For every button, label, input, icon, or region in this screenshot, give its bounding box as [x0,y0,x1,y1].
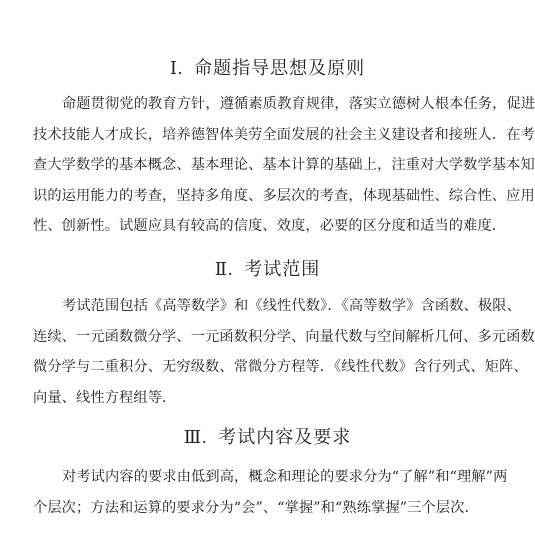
paragraph-line: 向量、线性方程组等． [33,383,501,414]
section-3-number: Ⅲ. [184,427,208,447]
section-1-heading: Ⅰ. 命题指导思想及原则 [0,54,535,80]
section-3-paragraph: 对考试内容的要求由低到高，概念和理论的要求分为“了解”和“理解”两 个层次；方法… [33,462,501,523]
paragraph-line: 命题贯彻党的教育方针，遵循素质教育规律，落实立德树人根本任务，促进 [33,89,501,120]
paragraph-line: 考试范围包括《高等数学》和《线性代数》．《高等数学》含函数、极限、 [33,291,501,322]
paragraph-line: 查大学数学的基本概念、基本理论、基本计算的基础上，注重对大学数学基本知 [33,150,501,181]
section-2-title: 考试范围 [244,259,320,280]
section-2-paragraph: 考试范围包括《高等数学》和《线性代数》．《高等数学》含函数、极限、 连续、一元函… [33,291,501,413]
paragraph-line: 对考试内容的要求由低到高，概念和理论的要求分为“了解”和“理解”两 [33,462,501,493]
section-1-title: 命题指导思想及原则 [194,58,365,79]
section-1-paragraph: 命题贯彻党的教育方针，遵循素质教育规律，落实立德树人根本任务，促进 技术技能人才… [33,89,501,242]
section-3-title: 考试内容及要求 [218,427,351,448]
paragraph-line: 识的运用能力的考查，坚持多角度、多层次的考查，体现基础性、综合性、应用 [33,181,501,212]
section-3-heading: Ⅲ. 考试内容及要求 [0,423,535,449]
section-2-number: Ⅱ. [215,259,234,279]
section-2-heading: Ⅱ. 考试范围 [0,255,535,281]
section-1-number: Ⅰ. [170,58,184,78]
document-page: Ⅰ. 命题指导思想及原则 命题贯彻党的教育方针，遵循素质教育规律，落实立德树人根… [0,0,535,554]
paragraph-line: 微分学与二重积分、无穷级数、常微分方程等．《线性代数》含行列式、矩阵、 [33,352,501,383]
paragraph-line: 性、创新性。试题应具有较高的信度、效度，必要的区分度和适当的难度． [33,211,501,242]
paragraph-line: 连续、一元函数微分学、一元函数积分学、向量代数与空间解析几何、多元函数 [33,322,501,353]
paragraph-line: 个层次；方法和运算的要求分为“会”、“掌握”和“熟练掌握”三个层次． [33,493,501,524]
paragraph-line: 技术技能人才成长，培养德智体美劳全面发展的社会主义建设者和接班人．在考 [33,120,501,151]
